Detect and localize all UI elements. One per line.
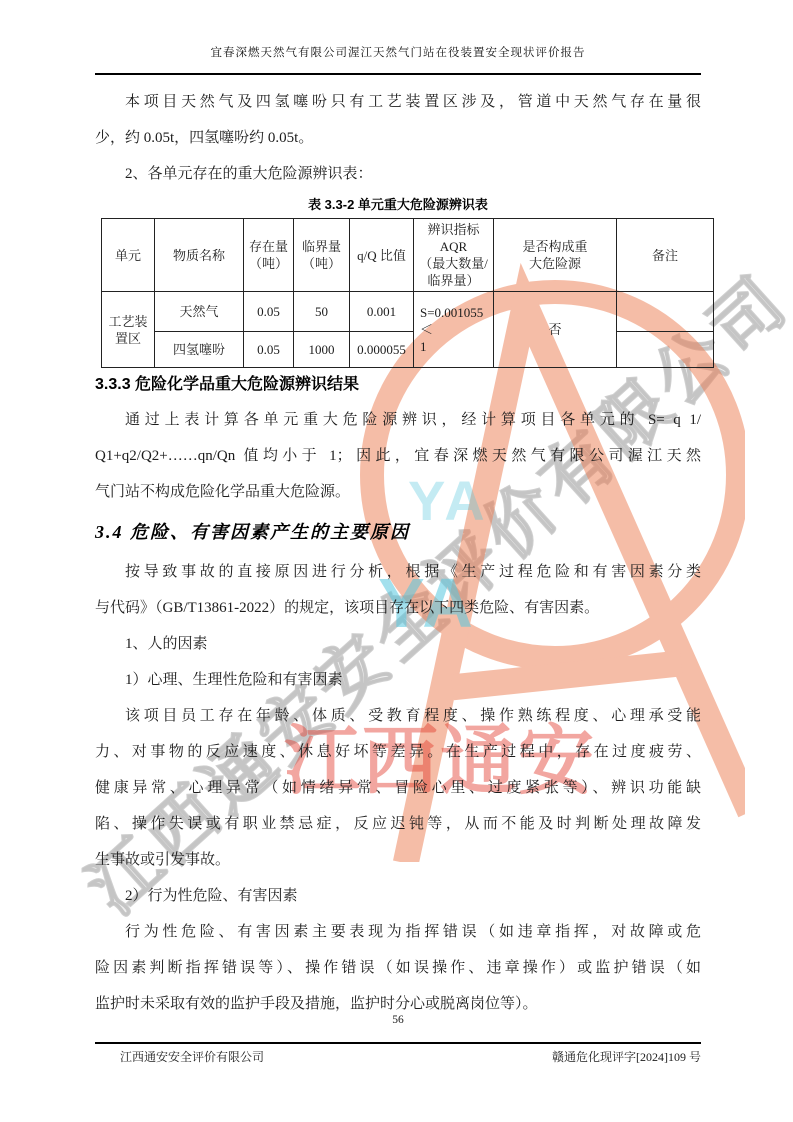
- text-line: 本项目天然气及四氢噻吩只有工艺装置区涉及，管道中天然气存在量很: [95, 84, 701, 120]
- table-cell: 0.05: [244, 332, 294, 368]
- text-line: 2、各单元存在的重大危险源辨识表：: [95, 156, 701, 192]
- table-header-cell: 临界量 （吨）: [294, 219, 350, 292]
- page-footer: 江西通安安全评价有限公司 赣通危化现评字[2024]109 号: [95, 1048, 701, 1065]
- paragraph: 该项目员工存在年龄、体质、受教育程度、操作熟练程度、心理承受能力、对事物的反应速…: [95, 698, 701, 878]
- table-cell: S=0.001055＜ 1: [414, 292, 494, 368]
- text-line: 健康异常、心理异常（如情绪异常、冒险心里、过度紧张等）、辨识功能缺: [95, 770, 701, 806]
- table-header-row: 单元物质名称存在量 （吨）临界量 （吨）q/Q 比值辨识指标 AQR （最大数量…: [102, 219, 714, 292]
- paragraph: 1）心理、生理性危险和有害因素: [95, 662, 701, 698]
- page-number: 56: [95, 1014, 701, 1026]
- table-cell: 否: [494, 292, 617, 368]
- table-title: 表 3.3-2 单元重大危险源辨识表: [95, 192, 701, 218]
- table-cell: 天然气: [155, 292, 244, 332]
- paragraph: 本项目天然气及四氢噻吩只有工艺装置区涉及，管道中天然气存在量很少，约 0.05t…: [95, 84, 701, 156]
- paragraph: 2）行为性危险、有害因素: [95, 878, 701, 914]
- header-rule: [95, 73, 701, 75]
- text-line: 与代码》（GB/T13861-2022）的规定，该项目存在以下四类危险、有害因素…: [95, 590, 701, 626]
- table-header-cell: 是否构成重 大危险源: [494, 219, 617, 292]
- table-cell: [617, 292, 714, 332]
- text-line: 2）行为性危险、有害因素: [95, 878, 701, 914]
- page-header-title: 宜春深燃天然气有限公司渥江天然气门站在役装置安全现状评价报告: [95, 44, 701, 60]
- table-header-cell: 单元: [102, 219, 155, 292]
- text-line: 1、人的因素: [95, 626, 701, 662]
- table-header-cell: 存在量 （吨）: [244, 219, 294, 292]
- table-header-cell: 辨识指标 AQR （最大数量/ 临界量）: [414, 219, 494, 292]
- section-heading: 3.4 危险、有害因素产生的主要原因: [95, 510, 701, 554]
- table-cell: 四氢噻吩: [155, 332, 244, 368]
- text-line: 按导致事故的直接原因进行分析，根据《生产过程危险和有害因素分类: [95, 554, 701, 590]
- document-body: 本项目天然气及四氢噻吩只有工艺装置区涉及，管道中天然气存在量很少，约 0.05t…: [95, 84, 701, 1022]
- text-line: 少，约 0.05t，四氢噻吩约 0.05t。: [95, 120, 701, 156]
- page: 江西通安安全评价有限公司 YA YA 江西通安 宜春深燃天然气有限公司渥江天然气…: [0, 0, 793, 1122]
- footer-company-name: 江西通安安全评价有限公司: [120, 1048, 264, 1065]
- table-cell: 0.000055: [350, 332, 414, 368]
- paragraph: 行为性危险、有害因素主要表现为指挥错误（如违章指挥，对故障或危险因素判断指挥错误…: [95, 914, 701, 1022]
- table-header-cell: 物质名称: [155, 219, 244, 292]
- text-line: 该项目员工存在年龄、体质、受教育程度、操作熟练程度、心理承受能: [95, 698, 701, 734]
- table-cell: 0.001: [350, 292, 414, 332]
- table-row: 工艺装 置区天然气0.05500.001S=0.001055＜ 1否: [102, 292, 714, 332]
- text-line: 生事故或引发事故。: [95, 842, 701, 878]
- text-line: 气门站不构成危险化学品重大危险源。: [95, 474, 701, 510]
- text-line: 力、对事物的反应速度、休息好坏等差异。在生产过程中，存在过度疲劳、: [95, 734, 701, 770]
- paragraph: 1、人的因素: [95, 626, 701, 662]
- footer-rule: [95, 1042, 701, 1044]
- table-body: 工艺装 置区天然气0.05500.001S=0.001055＜ 1否四氢噻吩0.…: [102, 292, 714, 368]
- footer-document-number: 赣通危化现评字[2024]109 号: [552, 1048, 701, 1065]
- paragraph: 通过上表计算各单元重大危险源辨识，经计算项目各单元的 S= q 1/Q1+q2/…: [95, 402, 701, 510]
- paragraph: 按导致事故的直接原因进行分析，根据《生产过程危险和有害因素分类与代码》（GB/T…: [95, 554, 701, 626]
- hazard-identification-table: 单元物质名称存在量 （吨）临界量 （吨）q/Q 比值辨识指标 AQR （最大数量…: [101, 218, 714, 368]
- table-cell: 工艺装 置区: [102, 292, 155, 368]
- table-cell: 0.05: [244, 292, 294, 332]
- table-head: 单元物质名称存在量 （吨）临界量 （吨）q/Q 比值辨识指标 AQR （最大数量…: [102, 219, 714, 292]
- table-cell: 50: [294, 292, 350, 332]
- text-line: 陷、操作失误或有职业禁忌症，反应迟钝等，从而不能及时判断处理故障发: [95, 806, 701, 842]
- table-header-cell: 备注: [617, 219, 714, 292]
- table-cell: 1000: [294, 332, 350, 368]
- text-line: 通过上表计算各单元重大危险源辨识，经计算项目各单元的 S= q 1/: [95, 402, 701, 438]
- text-line: Q1+q2/Q2+……qn/Qn 值均小于 1；因此，宜春深燃天然气有限公司渥江…: [95, 438, 701, 474]
- table-cell: [617, 332, 714, 368]
- section-heading: 3.3.3 危险化学品重大危险源辨识结果: [95, 368, 701, 402]
- text-line: 1）心理、生理性危险和有害因素: [95, 662, 701, 698]
- table-header-cell: q/Q 比值: [350, 219, 414, 292]
- paragraph: 2、各单元存在的重大危险源辨识表：: [95, 156, 701, 192]
- text-line: 险因素判断指挥错误等）、操作错误（如误操作、违章操作）或监护错误（如: [95, 950, 701, 986]
- table-row: 四氢噻吩0.0510000.000055: [102, 332, 714, 368]
- text-line: 行为性危险、有害因素主要表现为指挥错误（如违章指挥，对故障或危: [95, 914, 701, 950]
